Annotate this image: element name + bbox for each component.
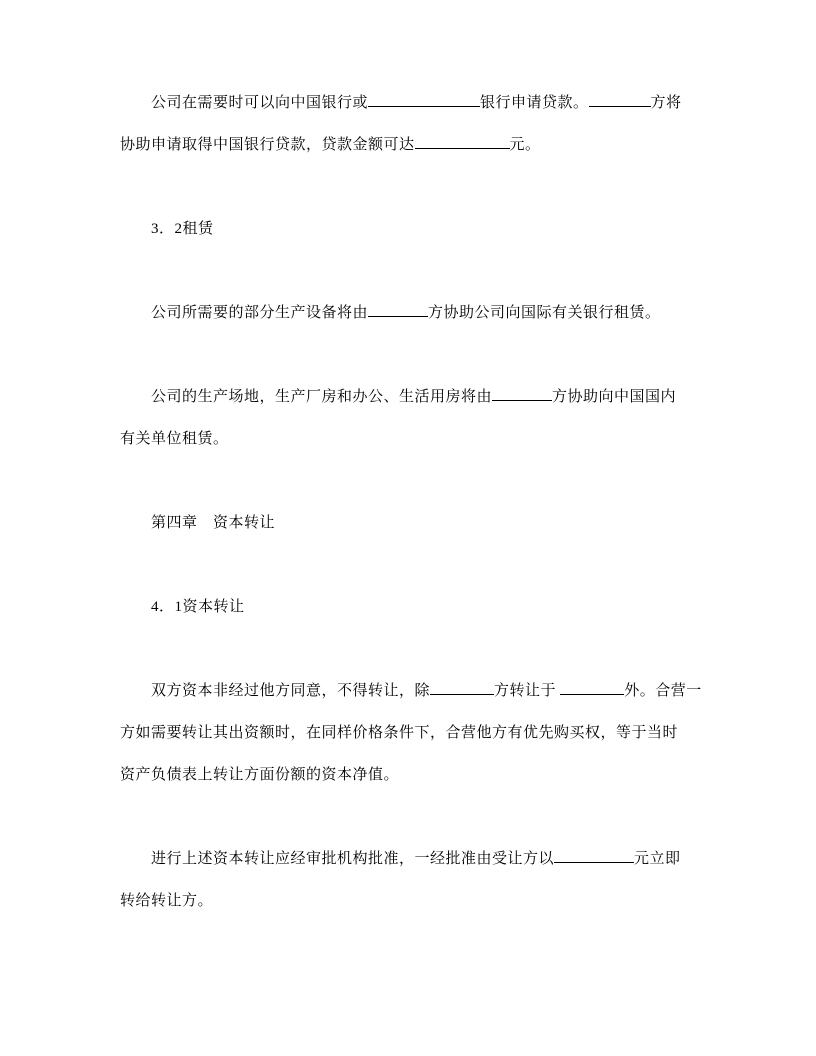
fill-in-blank [554,847,634,863]
text-line: 公司的生产场地，生产厂房和办公、生活用房将由方协助向中国国内 [120,376,698,418]
text-run: 第四章 资本转让 [151,515,275,531]
fill-in-blank [368,91,480,107]
text-run: 4．1资本转让 [151,599,245,615]
fill-in-blank [415,133,510,149]
body-paragraph: 双方资本非经过他方同意，不得转让，除方转让于 外。合营一方如需要转让其出资额时，… [120,670,698,796]
fill-in-blank [430,679,494,695]
text-line: 4．1资本转让 [120,586,698,628]
text-line: 进行上述资本转让应经审批机构批准，一经批准由受让方以元立即 [120,838,698,880]
text-run: 银行申请贷款。 [480,95,589,111]
text-run: 元立即 [634,851,681,867]
text-run: 有关单位租赁。 [120,431,229,447]
text-line: 3．2租赁 [120,208,698,250]
text-run: 方协助向中国国内 [552,389,676,405]
text-line: 资产负债表上转让方面份额的资本净值。 [120,754,698,796]
text-run: 转给转让方。 [120,893,213,909]
section-heading: 3．2租赁 [120,208,698,250]
fill-in-blank [589,91,651,107]
text-run: 双方资本非经过他方同意，不得转让，除 [151,683,430,699]
text-line: 公司在需要时可以向中国银行或银行申请贷款。方将 [120,82,698,124]
text-run: 方如需要转让其出资额时，在同样价格条件下，合营他方有优先购买权，等于当时 [120,725,678,741]
text-run: 3．2租赁 [151,221,214,237]
body-paragraph: 进行上述资本转让应经审批机构批准，一经批准由受让方以元立即转给转让方。 [120,838,698,922]
text-run: 外。合营一 [624,683,702,699]
text-run: 方将 [651,95,682,111]
text-run: 协助申请取得中国银行贷款，贷款金额可达 [120,137,415,153]
section-heading: 第四章 资本转让 [120,502,698,544]
fill-in-blank [368,301,428,317]
fill-in-blank [560,679,624,695]
text-run: 方协助公司向国际有关银行租赁。 [428,305,661,321]
text-line: 协助申请取得中国银行贷款，贷款金额可达元。 [120,124,698,166]
text-run: 进行上述资本转让应经审批机构批准，一经批准由受让方以 [151,851,554,867]
text-run: 公司所需要的部分生产设备将由 [151,305,368,321]
document-page: 公司在需要时可以向中国银行或银行申请贷款。方将协助申请取得中国银行贷款，贷款金额… [0,0,816,1056]
text-line: 第四章 资本转让 [120,502,698,544]
document-body: 公司在需要时可以向中国银行或银行申请贷款。方将协助申请取得中国银行贷款，贷款金额… [120,82,698,922]
text-run: 方转让于 [494,683,560,699]
body-paragraph: 公司所需要的部分生产设备将由方协助公司向国际有关银行租赁。 [120,292,698,334]
body-paragraph: 公司的生产场地，生产厂房和办公、生活用房将由方协助向中国国内有关单位租赁。 [120,376,698,460]
text-run: 元。 [510,137,541,153]
text-line: 方如需要转让其出资额时，在同样价格条件下，合营他方有优先购买权，等于当时 [120,712,698,754]
text-line: 公司所需要的部分生产设备将由方协助公司向国际有关银行租赁。 [120,292,698,334]
text-line: 转给转让方。 [120,880,698,922]
text-run: 公司在需要时可以向中国银行或 [151,95,368,111]
text-run: 资产负债表上转让方面份额的资本净值。 [120,767,399,783]
section-heading: 4．1资本转让 [120,586,698,628]
fill-in-blank [492,385,552,401]
text-line: 双方资本非经过他方同意，不得转让，除方转让于 外。合营一 [120,670,698,712]
text-run: 公司的生产场地，生产厂房和办公、生活用房将由 [151,389,492,405]
text-line: 有关单位租赁。 [120,418,698,460]
body-paragraph: 公司在需要时可以向中国银行或银行申请贷款。方将协助申请取得中国银行贷款，贷款金额… [120,82,698,166]
